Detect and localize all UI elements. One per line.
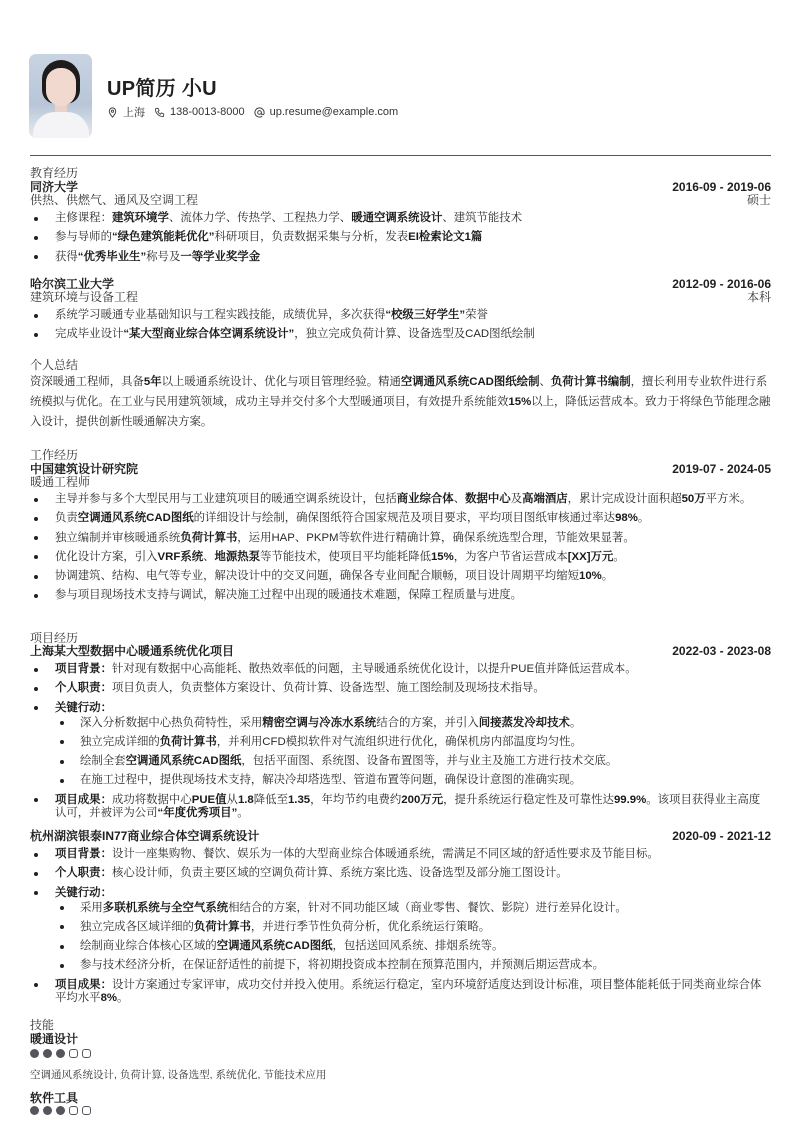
project-name: 上海某大型数据中心暖通系统优化项目 bbox=[30, 644, 234, 658]
list-item: 个人职责：项目负责人，负责整体方案设计、负荷计算、设备选型、施工图绘制及现场技术… bbox=[30, 682, 771, 695]
map-pin-icon bbox=[107, 107, 118, 118]
phone-icon bbox=[154, 107, 165, 118]
filled-dot-icon bbox=[30, 1106, 39, 1115]
skill-level-rating bbox=[30, 1106, 95, 1115]
education-section-title: 教育经历 bbox=[30, 166, 78, 180]
skill-description: 空调通风系统设计, 负荷计算, 设备选型, 系统优化, 节能技术应用 bbox=[30, 1067, 326, 1082]
project-name: 杭州湖滨银泰IN77商业综合体空调系统设计 bbox=[30, 829, 259, 843]
education-date: 2012-09 - 2016-06 bbox=[672, 277, 771, 291]
contact-email: up.resume@example.com bbox=[254, 106, 399, 118]
project-date: 2022-03 - 2023-08 bbox=[672, 644, 771, 658]
empty-dot-icon bbox=[69, 1106, 78, 1115]
at-icon bbox=[254, 107, 265, 118]
list-item: 获得“优秀毕业生”称号及一等学业奖学金 bbox=[30, 251, 771, 264]
list-item: 采用多联机系统与全空气系统相结合的方案，针对不同功能区域（商业零售、餐饮、影院）… bbox=[55, 902, 771, 915]
list-item: 绘制全套空调通风系统CAD图纸，包括平面图、系统图、设备布置图等，并与业主及施工… bbox=[55, 755, 771, 768]
education-bullets: 主修课程：建筑环境学、流体力学、传热学、工程热力学、暖通空调系统设计、建筑节能技… bbox=[30, 212, 771, 270]
list-item: 关键行动：采用多联机系统与全空气系统相结合的方案，针对不同功能区域（商业零售、餐… bbox=[30, 887, 771, 973]
skill-name: 软件工具 bbox=[30, 1089, 78, 1106]
contact-phone: 138-0013-8000 bbox=[154, 106, 245, 118]
list-item: 系统学习暖通专业基础知识与工程实践技能，成绩优异，多次获得“校级三好学生”荣誉 bbox=[30, 309, 771, 322]
location-text: 上海 bbox=[123, 104, 145, 120]
contact-info: 上海 138-0013-8000 up.resume@example.com bbox=[107, 104, 407, 120]
project-date: 2020-09 - 2021-12 bbox=[672, 829, 771, 843]
phone-text: 138-0013-8000 bbox=[170, 106, 245, 118]
resume-header: UP简历 小U 上海 138-0013-8000 up.resume@examp… bbox=[30, 54, 771, 140]
list-item: 在施工过程中，提供现场技术支持，解决冷却塔选型、管道布置等问题，确保设计意图的准… bbox=[55, 774, 771, 787]
list-item: 项目背景：设计一座集购物、餐饮、娱乐为一体的大型商业综合体暖通系统，需满足不同区… bbox=[30, 848, 771, 861]
key-actions-list: 采用多联机系统与全空气系统相结合的方案，针对不同功能区域（商业零售、餐饮、影院）… bbox=[55, 902, 771, 973]
list-item: 绘制商业综合体核心区域的空调通风系统CAD图纸，包括送回风系统、排烟系统等。 bbox=[55, 940, 771, 953]
list-item: 参与技术经济分析，在保证舒适性的前提下，将初期投资成本控制在预算范围内，并预测后… bbox=[55, 959, 771, 972]
education-date: 2016-09 - 2019-06 bbox=[672, 180, 771, 194]
projects-section-title: 项目经历 bbox=[30, 631, 78, 645]
email-text: up.resume@example.com bbox=[270, 106, 399, 118]
list-item: 完成毕业设计“某大型商业综合体空调系统设计”，独立完成负荷计算、设备选型及CAD… bbox=[30, 328, 771, 341]
project-details: 项目背景：设计一座集购物、餐饮、娱乐为一体的大型商业综合体暖通系统，需满足不同区… bbox=[30, 848, 771, 1011]
list-item: 关键行动：深入分析数据中心热负荷特性，采用精密空调与冷冻水系统结合的方案，并引入… bbox=[30, 702, 771, 788]
candidate-name: UP简历 小U bbox=[107, 72, 217, 101]
list-item: 参与项目现场技术支持与调试，解决施工过程中出现的暖通技术难题，保障工程质量与进度… bbox=[30, 589, 771, 602]
empty-dot-icon bbox=[82, 1049, 91, 1058]
work-bullets: 主导并参与多个大型民用与工业建筑项目的暖通空调系统设计，包括商业综合体、数据中心… bbox=[30, 493, 771, 609]
filled-dot-icon bbox=[43, 1049, 52, 1058]
summary-text: 资深暖通工程师，具备5年以上暖通系统设计、优化与项目管理经验。精通空调通风系统C… bbox=[30, 372, 771, 432]
skill-name: 暖通设计 bbox=[30, 1030, 78, 1047]
list-item: 独立完成各区域详细的负荷计算书，并进行季节性负荷分析，优化系统运行策略。 bbox=[55, 921, 771, 934]
list-item: 主导并参与多个大型民用与工业建筑项目的暖通空调系统设计，包括商业综合体、数据中心… bbox=[30, 493, 771, 506]
list-item: 优化设计方案，引入VRF系统、地源热泵等节能技术，使项目平均能耗降低15%，为客… bbox=[30, 551, 771, 564]
skill-level-rating bbox=[30, 1049, 95, 1058]
filled-dot-icon bbox=[43, 1106, 52, 1115]
list-item: 协调建筑、结构、电气等专业，解决设计中的交叉问题，确保各专业间配合顺畅，项目设计… bbox=[30, 570, 771, 583]
degree: 本科 bbox=[747, 290, 771, 304]
list-item: 负责空调通风系统CAD图纸的详细设计与绘制，确保图纸符合国家规范及项目要求，平均… bbox=[30, 512, 771, 525]
work-section-title: 工作经历 bbox=[30, 448, 78, 462]
list-item: 个人职责：核心设计师，负责主要区域的空调负荷计算、系统方案比选、设备选型及部分施… bbox=[30, 867, 771, 880]
filled-dot-icon bbox=[56, 1106, 65, 1115]
list-item: 独立完成详细的负荷计算书，并利用CFD模拟软件对气流组织进行优化，确保机房内部温… bbox=[55, 736, 771, 749]
work-date: 2019-07 - 2024-05 bbox=[672, 462, 771, 476]
contact-location: 上海 bbox=[107, 104, 145, 120]
list-item: 独立编制并审核暖通系统负荷计算书，运用HAP、PKPM等软件进行精确计算，确保系… bbox=[30, 532, 771, 545]
empty-dot-icon bbox=[82, 1106, 91, 1115]
education-bullets: 系统学习暖通专业基础知识与工程实践技能，成绩优异，多次获得“校级三好学生”荣誉完… bbox=[30, 309, 771, 348]
school-name: 同济大学 bbox=[30, 180, 78, 194]
list-item: 主修课程：建筑环境学、流体力学、传热学、工程热力学、暖通空调系统设计、建筑节能技… bbox=[30, 212, 771, 225]
school-name: 哈尔滨工业大学 bbox=[30, 277, 114, 291]
major: 供热、供燃气、通风及空调工程 bbox=[30, 193, 198, 207]
major: 建筑环境与设备工程 bbox=[30, 290, 138, 304]
project-details: 项目背景：针对现有数据中心高能耗、散热效率低的问题，主导暖通系统优化设计，以提升… bbox=[30, 663, 771, 826]
empty-dot-icon bbox=[69, 1049, 78, 1058]
list-item: 项目背景：针对现有数据中心高能耗、散热效率低的问题，主导暖通系统优化设计，以提升… bbox=[30, 663, 771, 676]
list-item: 参与导师的“绿色建筑能耗优化”科研项目，负责数据采集与分析，发表EI检索论文1篇 bbox=[30, 231, 771, 244]
list-item: 深入分析数据中心热负荷特性，采用精密空调与冷冻水系统结合的方案，并引入间接蒸发冷… bbox=[55, 717, 771, 730]
company-name: 中国建筑设计研究院 bbox=[30, 462, 138, 476]
list-item: 项目成果：成功将数据中心PUE值从1.8降低至1.35，年均节约电费约200万元… bbox=[30, 794, 771, 820]
header-divider bbox=[30, 155, 771, 156]
job-role: 暖通工程师 bbox=[30, 475, 90, 489]
avatar bbox=[29, 54, 92, 138]
list-item: 项目成果：设计方案通过专家评审，成功交付并投入使用。系统运行稳定，室内环境舒适度… bbox=[30, 979, 771, 1005]
key-actions-list: 深入分析数据中心热负荷特性，采用精密空调与冷冻水系统结合的方案，并引入间接蒸发冷… bbox=[55, 717, 771, 788]
degree: 硕士 bbox=[747, 193, 771, 207]
filled-dot-icon bbox=[30, 1049, 39, 1058]
summary-section-title: 个人总结 bbox=[30, 358, 78, 372]
filled-dot-icon bbox=[56, 1049, 65, 1058]
